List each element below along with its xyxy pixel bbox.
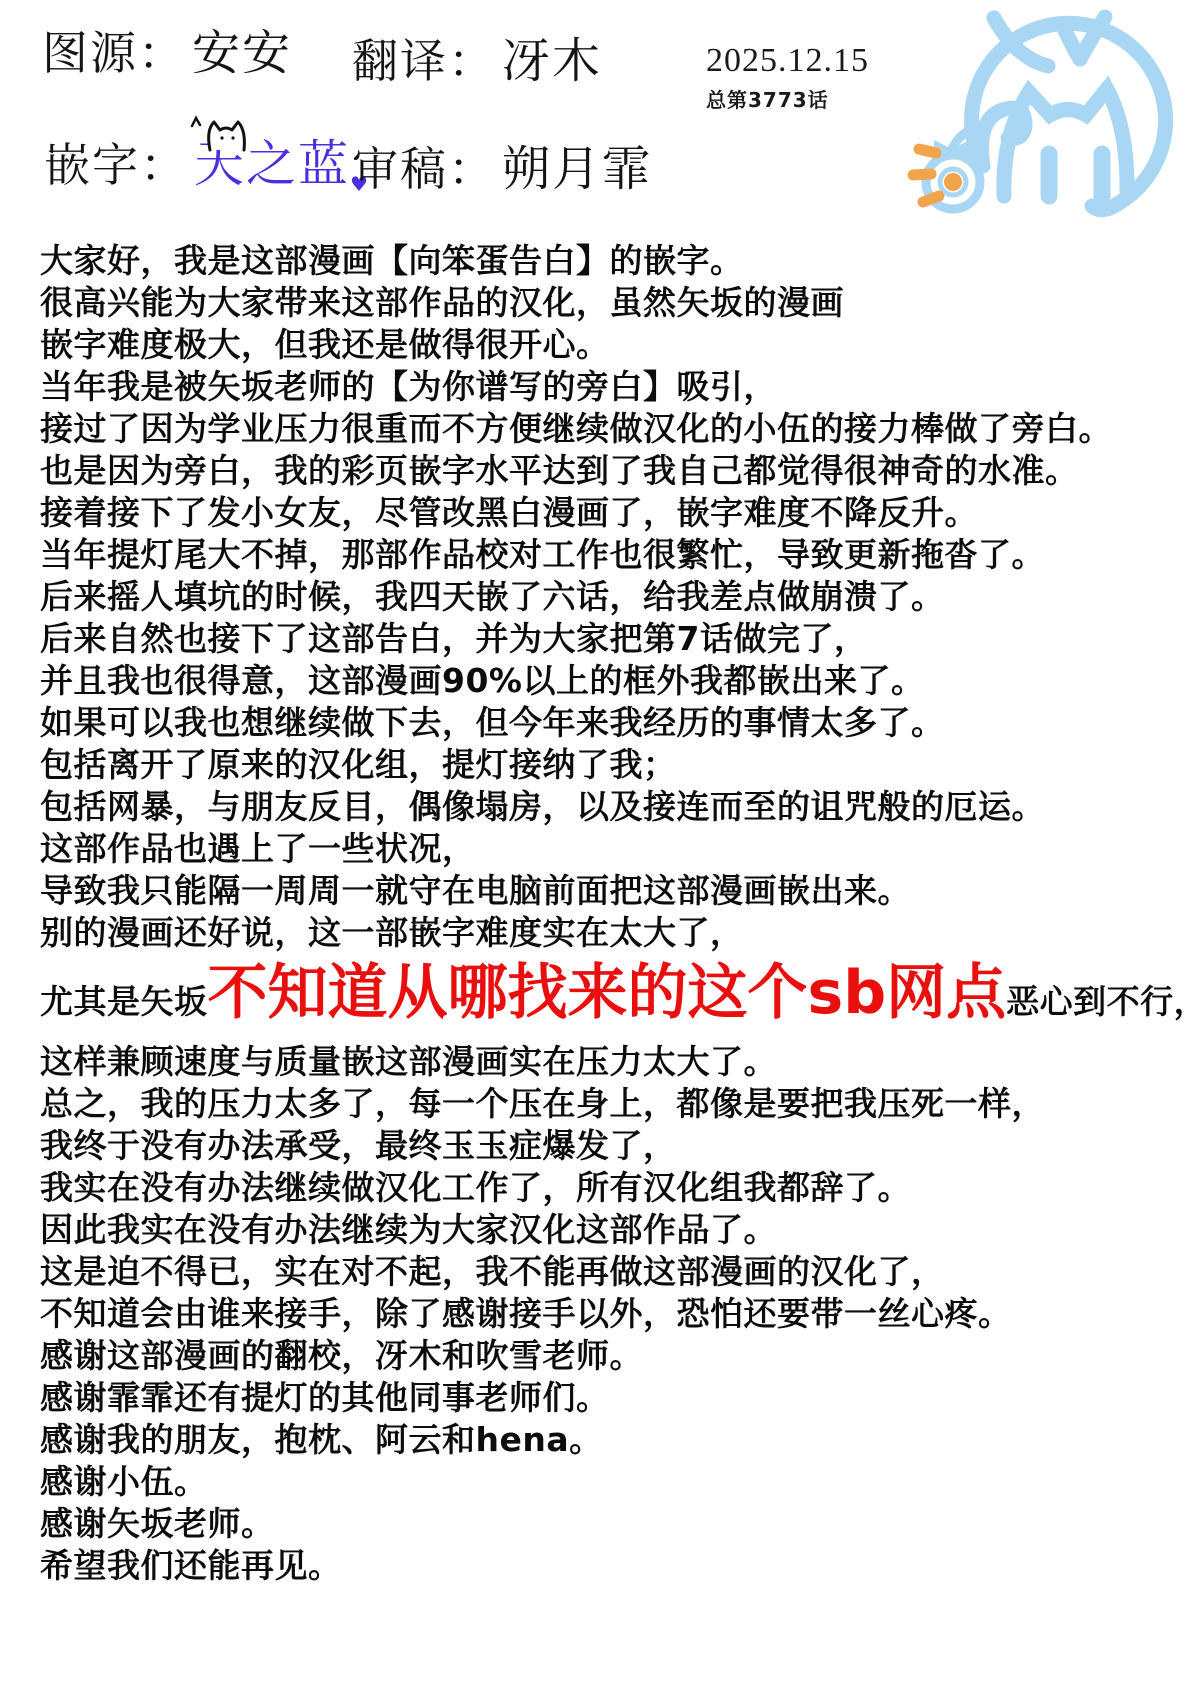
body-line: 感谢这部漫画的翻校，冴木和吹雪老师。 xyxy=(40,1335,1196,1377)
body-line: 并且我也很得意，这部漫画90%以上的框外我都嵌出来了。 xyxy=(40,660,1196,702)
body-line: 总之，我的压力太多了，每一个压在身上，都像是要把我压死一样， xyxy=(40,1083,1196,1125)
cat-doodle-icon xyxy=(186,112,258,156)
body-text: 大家好，我是这部漫画【向笨蛋告白】的嵌字。很高兴能为大家带来这部作品的汉化，虽然… xyxy=(40,240,1196,1587)
body-line: 这样兼顾速度与质量嵌这部漫画实在压力太大了。 xyxy=(40,1041,1196,1083)
credit-source: 图源：安安 xyxy=(42,14,292,83)
body-line: 这部作品也遇上了一些状况， xyxy=(40,828,1196,870)
highlight-text: 不知道从哪找来的这个sb网点 xyxy=(208,958,1007,1028)
credit-translator: 翻译：冴木 xyxy=(352,22,602,91)
credit-translator-name: 冴木 xyxy=(502,33,602,89)
body-line: 感谢我的朋友，抱枕、阿云和hena。 xyxy=(40,1419,1196,1461)
credit-proofreader-name: 朔月霏 xyxy=(502,141,652,197)
body-line: 如果可以我也想继续做下去，但今年来我经历的事情太多了。 xyxy=(40,702,1196,744)
body-line: 尤其是矢坂不知道从哪找来的这个sb网点恶心到不行， xyxy=(40,954,1196,1041)
credits-page: 图源：安安 翻译：冴木 嵌字：天之蓝♥ 审稿：朔月霏 2025.12.15 总第… xyxy=(0,0,1200,1697)
chapter-count: 总第3773话 xyxy=(706,84,869,113)
body-line: 这是迫不得已，实在对不起，我不能再做这部漫画的汉化了， xyxy=(40,1251,1196,1293)
release-date: 2025.12.15 xyxy=(706,42,869,80)
body-line: 感谢矢坂老师。 xyxy=(40,1503,1196,1545)
highlight-line-after: 恶心到不行， xyxy=(1006,982,1200,1021)
highlight-line-before: 尤其是矢坂 xyxy=(40,982,208,1021)
body-line: 因此我实在没有办法继续为大家汉化这部作品了。 xyxy=(40,1209,1196,1251)
body-line: 后来摇人填坑的时候，我四天嵌了六话，给我差点做崩溃了。 xyxy=(40,576,1196,618)
body-line: 也是因为旁白，我的彩页嵌字水平达到了我自己都觉得很神奇的水准。 xyxy=(40,450,1196,492)
credit-proofreader-label: 审稿： xyxy=(352,142,496,196)
body-line: 感谢霏霏还有提灯的其他同事老师们。 xyxy=(40,1377,1196,1419)
body-line: 别的漫画还好说，这一部嵌字难度实在太大了， xyxy=(40,912,1196,954)
body-line: 当年提灯尾大不掉，那部作品校对工作也很繁忙，导致更新拖沓了。 xyxy=(40,534,1196,576)
body-line: 不知道会由谁来接手，除了感谢接手以外，恐怕还要带一丝心疼。 xyxy=(40,1293,1196,1335)
credit-typesetter-label: 嵌字： xyxy=(44,138,188,192)
credit-proofreader: 审稿：朔月霏 xyxy=(352,130,652,199)
body-line: 当年我是被矢坂老师的【为你谱写的旁白】吸引， xyxy=(40,366,1196,408)
body-line: 导致我只能隔一周周一就守在电脑前面把这部漫画嵌出来。 xyxy=(40,870,1196,912)
body-line: 感谢小伍。 xyxy=(40,1461,1196,1503)
body-line: 很高兴能为大家带来这部作品的汉化，虽然矢坂的漫画 xyxy=(40,282,1196,324)
body-line: 嵌字难度极大，但我还是做得很开心。 xyxy=(40,324,1196,366)
body-line: 希望我们还能再见。 xyxy=(40,1545,1196,1587)
body-line: 接着接下了发小女友，尽管改黑白漫画了，嵌字难度不降反升。 xyxy=(40,492,1196,534)
cat-ball-logo xyxy=(852,4,1197,222)
date-block: 2025.12.15 总第3773话 xyxy=(706,42,869,113)
body-line: 后来自然也接下了这部告白，并为大家把第7话做完了， xyxy=(40,618,1196,660)
body-line: 大家好，我是这部漫画【向笨蛋告白】的嵌字。 xyxy=(40,240,1196,282)
body-line: 接过了因为学业压力很重而不方便继续做汉化的小伍的接力棒做了旁白。 xyxy=(40,408,1196,450)
body-line: 我终于没有办法承受，最终玉玉症爆发了， xyxy=(40,1125,1196,1167)
body-line: 包括网暴，与朋友反目，偶像塌房，以及接连而至的诅咒般的厄运。 xyxy=(40,786,1196,828)
credit-source-label: 图源： xyxy=(42,26,186,80)
credit-source-name: 安安 xyxy=(192,25,292,81)
credit-translator-label: 翻译： xyxy=(352,34,496,88)
body-line: 我实在没有办法继续做汉化工作了，所有汉化组我都辞了。 xyxy=(40,1167,1196,1209)
body-line: 包括离开了原来的汉化组，提灯接纳了我； xyxy=(40,744,1196,786)
